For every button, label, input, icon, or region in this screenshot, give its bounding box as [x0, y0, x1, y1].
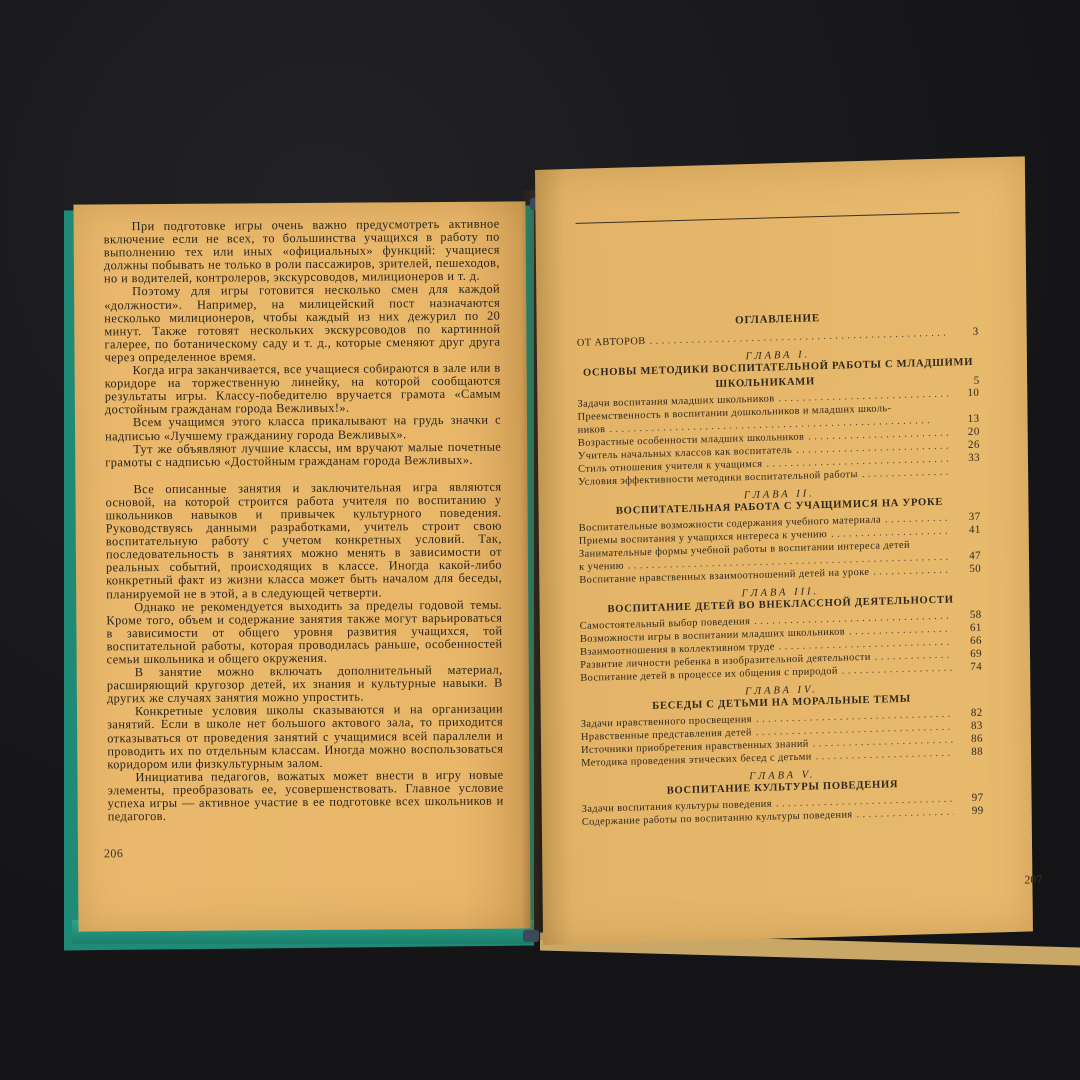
paragraph: В занятие можно включать дополнительный …: [107, 664, 503, 706]
toc-entry-page: 10: [953, 387, 979, 401]
toc-entry-page: 74: [956, 661, 982, 675]
leader-dots: [857, 806, 954, 822]
toc-entry-page: 88: [957, 746, 983, 760]
toc-entry-label-continued: ников: [578, 423, 606, 437]
left-page: При подготовке игры очень важно предусмо…: [73, 201, 530, 931]
left-page-text: При подготовке игры очень важно предусмо…: [104, 218, 504, 861]
paragraph: Поэтому для игры готовится несколько сме…: [104, 283, 501, 364]
toc-entry-page: 58: [956, 609, 982, 623]
paragraph: При подготовке игры очень важно предусмо…: [104, 218, 500, 286]
toc-entry-page: 50: [955, 563, 981, 577]
toc-entry-page: 86: [957, 733, 983, 747]
leader-dots: [873, 564, 951, 579]
paragraph: Конкретные условия школы сказываются и н…: [107, 703, 503, 771]
toc-entry-page: 99: [958, 805, 984, 819]
chapter-page: 5: [953, 375, 979, 388]
toc-entry-page: 37: [955, 511, 981, 525]
toc-entry-page: 13: [954, 413, 980, 427]
toc-entry-page: 20: [954, 426, 980, 440]
leader-dots: [842, 662, 952, 678]
toc-entry-page: 26: [954, 439, 980, 453]
toc-entry-page: 69: [956, 648, 982, 662]
header-rule: [576, 212, 960, 224]
paragraph: Когда игра заканчивается, все учащиеся с…: [105, 362, 501, 417]
leader-dots: [816, 747, 954, 764]
page-number-left: 206: [104, 845, 500, 861]
toc-entry-page: 82: [957, 707, 983, 721]
toc-chapters: ГЛАВА I.ОСНОВЫ МЕТОДИКИ ВОСПИТАТЕЛЬНОЙ Р…: [577, 345, 984, 829]
paragraph: Инициатива педагогов, вожатых может внес…: [107, 768, 503, 823]
right-page: ОГЛАВЛЕНИЕ ОТ АВТОРОВ 3 ГЛАВА I.ОСНОВЫ М…: [535, 156, 1033, 945]
leader-dots: [650, 327, 949, 348]
toc-entry-page: 83: [957, 720, 983, 734]
toc-entry-page: 33: [954, 452, 980, 466]
page-number-right: 207: [1024, 872, 1042, 888]
toc-entry-page: 66: [956, 635, 982, 649]
toc-entry-page: 3: [953, 326, 979, 340]
toc-entry-page: 47: [955, 550, 981, 564]
toc-entry-page: [954, 474, 980, 475]
binding-thread-bottom: [523, 930, 539, 942]
leader-dots: [862, 466, 950, 481]
toc-entry-page: 61: [956, 622, 982, 636]
toc-entry-label-continued: к учению: [579, 560, 624, 574]
paragraph: Тут же объявляют лучшие классы, им вруча…: [105, 440, 501, 469]
table-of-contents: ОГЛАВЛЕНИЕ ОТ АВТОРОВ 3 ГЛАВА I.ОСНОВЫ М…: [577, 308, 984, 829]
toc-entry-label: ОТ АВТОРОВ: [577, 335, 646, 350]
toc-entry-page: 97: [957, 792, 983, 806]
toc-entry-page: 41: [955, 524, 981, 538]
paragraph: Однако не рекомендуется выходить за пред…: [106, 598, 502, 666]
paragraph: Все описанные занятия и заключительная и…: [105, 480, 502, 601]
paragraph: Всем учащимся этого класса прикалывают н…: [105, 414, 501, 443]
